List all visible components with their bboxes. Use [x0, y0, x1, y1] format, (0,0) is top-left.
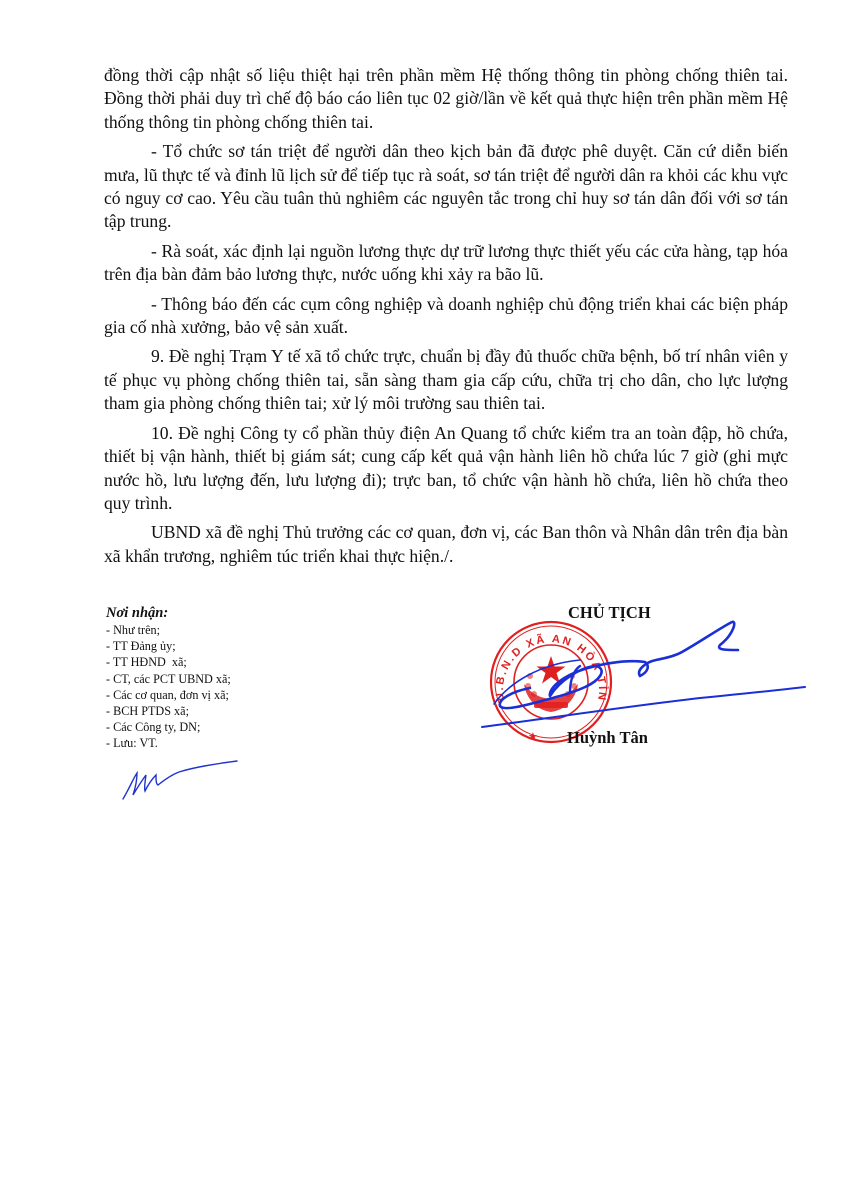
paragraph: 9. Đề nghị Trạm Y tế xã tổ chức trực, ch…: [104, 345, 788, 415]
recipient-item: - Như trên;: [106, 622, 306, 638]
recipient-item: - Các Công ty, DN;: [106, 719, 306, 735]
paragraph: đồng thời cập nhật số liệu thiệt hại trê…: [104, 64, 788, 134]
paragraph: 10. Đề nghị Công ty cổ phần thủy điện An…: [104, 422, 788, 516]
paragraph: UBND xã đề nghị Thủ trưởng các cơ quan, …: [104, 521, 788, 568]
signer-name: Huỳnh Tân: [567, 728, 648, 748]
paragraph: - Tổ chức sơ tán triệt để người dân theo…: [104, 140, 788, 234]
recipient-item: - TT HĐND xã;: [106, 654, 306, 670]
paragraph: - Thông báo đến các cụm công nghiệp và d…: [104, 293, 788, 340]
recipient-item: - Lưu: VT.: [106, 735, 306, 751]
recipient-item: - CT, các PCT UBND xã;: [106, 671, 306, 687]
document-body: đồng thời cập nhật số liệu thiệt hại trê…: [104, 64, 788, 574]
initial-mark-icon: [115, 755, 245, 805]
recipients-block: Nơi nhận: - Như trên; - TT Đảng ủy; - TT…: [106, 605, 306, 752]
recipients-heading: Nơi nhận:: [106, 605, 306, 622]
signer-title: CHỦ TỊCH: [568, 603, 651, 623]
document-page: đồng thời cập nhật số liệu thiệt hại trê…: [0, 0, 846, 1200]
paragraph: - Rà soát, xác định lại nguồn lương thực…: [104, 240, 788, 287]
signature-block: CHỦ TỊCH Huỳnh Tân: [500, 600, 730, 760]
recipient-item: - BCH PTDS xã;: [106, 703, 306, 719]
recipient-item: - Các cơ quan, đơn vị xã;: [106, 687, 306, 703]
recipient-item: - TT Đảng ủy;: [106, 638, 306, 654]
